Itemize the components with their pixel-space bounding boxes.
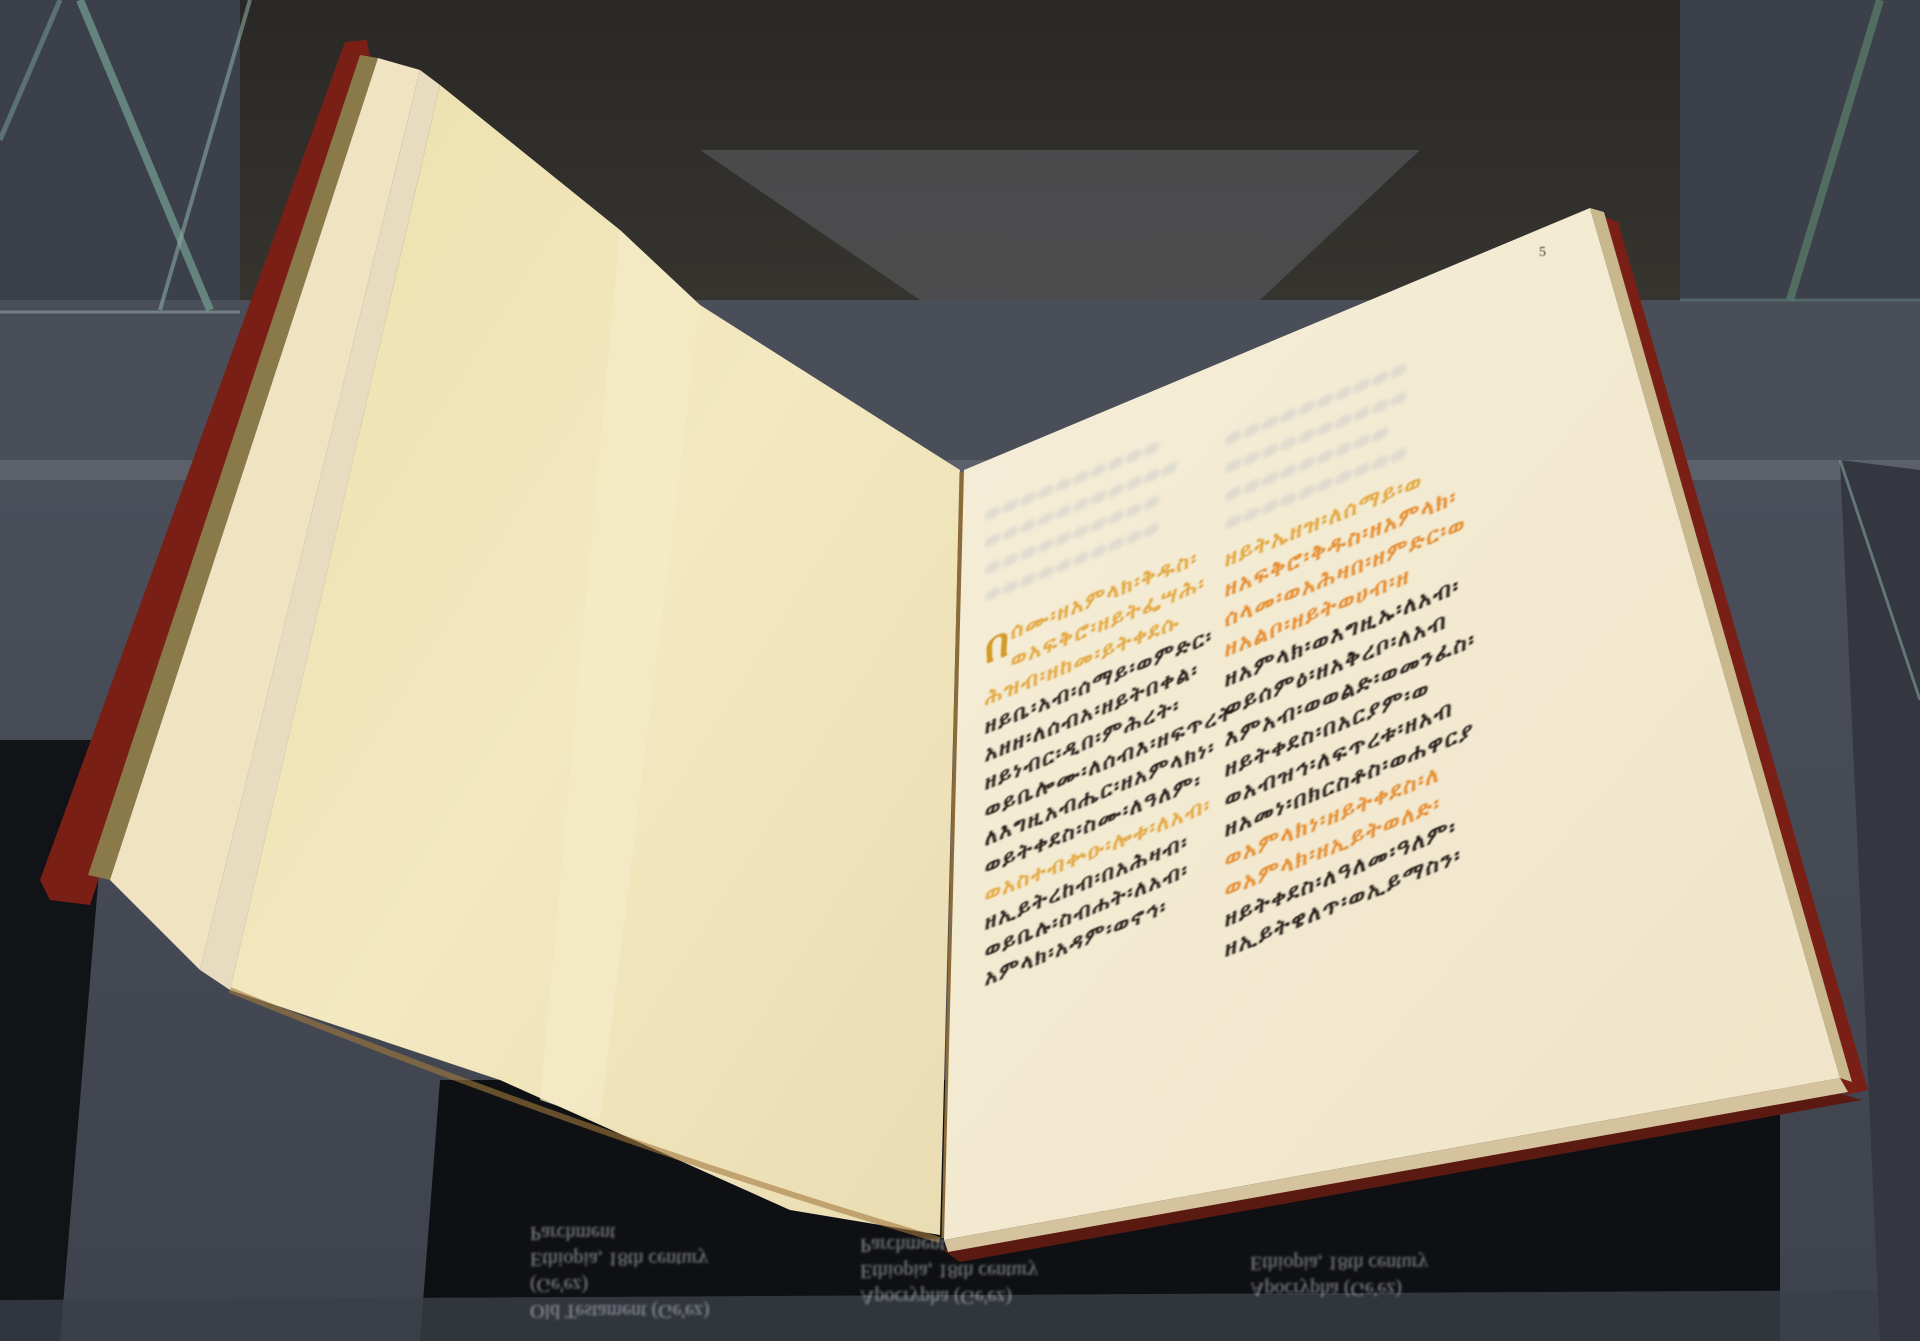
folio-number: 5 <box>1539 245 1546 261</box>
label-reflection-left: Old Testament (Ge'ez) (Ge'ez) Ethiopia, … <box>530 1220 710 1324</box>
label-reflection-right: Apocrypha (Ge'ez) Ethiopia, 18th century <box>1250 1250 1428 1302</box>
manuscript-book <box>0 0 1920 1341</box>
label-reflection-center: Apocrypha (Ge'ez) Ethiopia, 18th century… <box>860 1232 1038 1310</box>
text-column-right: ወወወወወወወወወወ ወወወወወወወወወወ ወወወወወወወወወ ወወወወወወወወ… <box>1225 329 1476 962</box>
illuminated-initial: በ <box>985 619 1009 671</box>
text-column-left: ወወወወወወወወወወ ወወወወወወወወወወወ ወወወወወወወወወወ ወወወወወወ… <box>985 404 1235 990</box>
